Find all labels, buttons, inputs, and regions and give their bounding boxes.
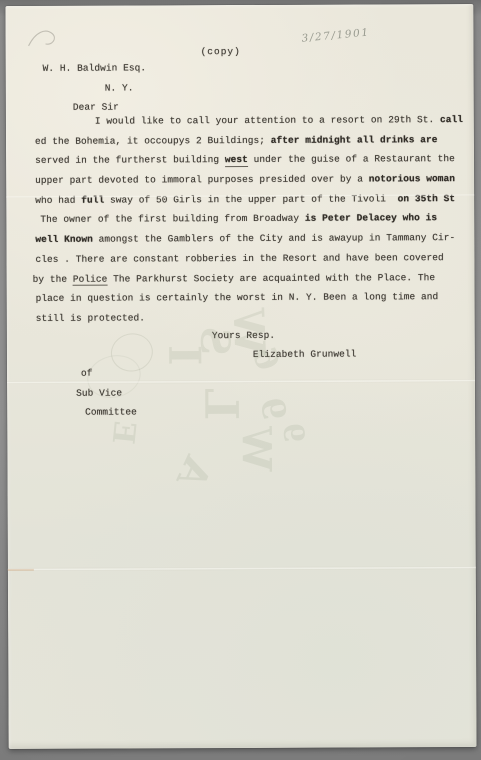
letter-body: I would like to call your attention to a… xyxy=(35,114,466,332)
bleed-through-glyph: I xyxy=(161,345,205,366)
text-segment: The Parkhurst Society are acquainted wit… xyxy=(107,272,435,284)
letter-line: upper part devoted to immoral purposes p… xyxy=(35,173,465,195)
text-segment: ed the Bohemia, it occoupys 2 Buildings; xyxy=(35,135,271,147)
stamp-ghost-oval xyxy=(108,330,156,375)
scan-background: { "document": { "copy_annotation": "(cop… xyxy=(0,0,481,760)
bleed-through-glyph: A xyxy=(171,451,218,494)
text-segment: is Peter Delacey who is xyxy=(305,213,437,225)
letter-page: 3/27/1901 (copy) W. H. Baldwin Esq. N. Y… xyxy=(5,4,476,749)
letter-line: by the Police The Parkhurst Society are … xyxy=(36,272,466,294)
text-segment: well Known xyxy=(35,234,93,245)
letter-line: served in the furtherst building west un… xyxy=(35,153,465,175)
bleed-through-glyph: 9 xyxy=(278,422,308,444)
letter-line: The owner of the first building from Bro… xyxy=(35,212,465,234)
text-segment: still is protected. xyxy=(36,312,145,323)
fold-crease xyxy=(8,566,476,571)
text-segment: notorious woman xyxy=(369,173,455,184)
text-segment: on 35th St xyxy=(398,193,456,204)
closing: Yours Resp. xyxy=(212,330,275,341)
signature-org-line: Sub Vice xyxy=(76,388,122,399)
text-segment: after midnight all drinks are xyxy=(271,134,438,146)
text-segment: full xyxy=(81,194,104,205)
text-segment: under the guise of a Restaurant the xyxy=(248,153,455,165)
letter-line: I would like to call your attention to a… xyxy=(35,114,465,136)
signature-org-line: Committee xyxy=(85,406,137,417)
text-segment: place in question is certainly the worst… xyxy=(36,291,439,304)
bleed-through-glyph: W xyxy=(236,426,276,471)
handwritten-date: 3/27/1901 xyxy=(301,26,370,44)
salutation: Dear Sir xyxy=(73,102,119,113)
text-segment: amongst the Gamblers of the City and is … xyxy=(93,232,455,245)
text-segment: The owner of the first building from Bro… xyxy=(40,213,305,225)
copy-annotation: (copy) xyxy=(201,46,241,57)
letter-line: well Known amongst the Gamblers of the C… xyxy=(35,232,465,254)
bleed-through-glyph: L xyxy=(198,388,244,421)
signature-name: Elizabeth Grunwell xyxy=(253,348,357,359)
text-segment: cles . There are constant robberies in t… xyxy=(35,252,443,265)
text-segment: sway of 50 Girls in the upper part of th… xyxy=(104,193,397,205)
recipient-city: N. Y. xyxy=(105,82,134,93)
pencil-mark xyxy=(25,24,65,52)
text-segment: I would like to call your attention to a… xyxy=(95,114,440,127)
text-segment: west xyxy=(225,154,248,167)
bleed-through-glyph: 9 xyxy=(256,395,291,423)
text-segment: served in the furtherst building xyxy=(35,154,225,166)
recipient-name: W. H. Baldwin Esq. xyxy=(43,62,147,73)
text-segment: Police xyxy=(73,273,108,286)
text-segment: by the xyxy=(33,273,73,284)
bleed-through-glyph: E xyxy=(107,420,139,446)
signature-org-line: of xyxy=(81,368,93,379)
letter-line: place in question is certainly the worst… xyxy=(36,291,466,313)
stamp-ghost-oval xyxy=(83,350,146,404)
letter-line: cles . There are constant robberies in t… xyxy=(35,252,465,274)
letter-line: ed the Bohemia, it occoupys 2 Buildings;… xyxy=(35,134,465,156)
fold-crease xyxy=(7,379,475,384)
text-segment: upper part devoted to immoral purposes p… xyxy=(35,174,369,186)
letter-line: who had full sway of 50 Girls in the upp… xyxy=(35,193,465,215)
text-segment: who had xyxy=(35,194,81,205)
text-segment: call xyxy=(440,114,463,125)
